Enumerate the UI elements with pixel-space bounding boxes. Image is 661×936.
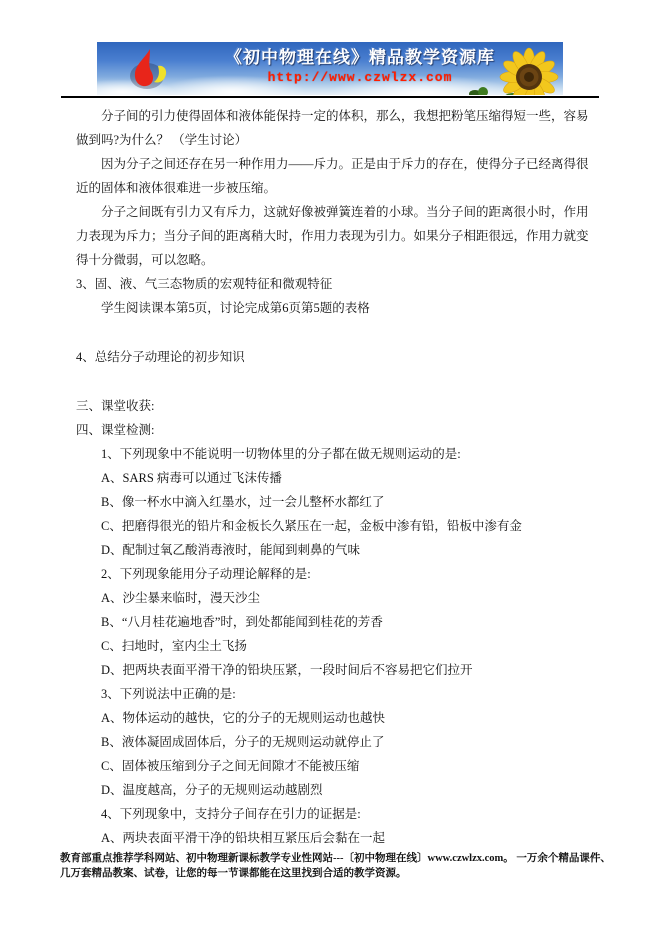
doc-line: 1、下列现象中不能说明一切物体里的分子都在做无规则运动的是: [76,442,591,466]
sunflower-icon [493,43,561,95]
doc-line: 因为分子之间还存在另一种作用力——斥力。正是由于斥力的存在，使得分子已经离得很近… [76,152,591,200]
doc-line: 分子之间既有引力又有斥力，这就好像被弹簧连着的小球。当分子间的距离很小时，作用力… [76,200,591,272]
banner-title: 《初中物理在线》精品教学资源库 [183,47,537,68]
doc-line: D、配制过氧乙酸消毒液时，能闻到刺鼻的气味 [76,538,591,562]
doc-line: A、沙尘暴来临时，漫天沙尘 [76,586,591,610]
doc-line: 3、固、液、气三态物质的宏观特征和微观特征 [76,272,591,296]
blank-line [76,369,591,394]
doc-line: 4、下列现象中，支持分子间存在引力的证据是: [76,802,591,826]
doc-line: 四、课堂检测: [76,418,591,442]
site-banner: 《初中物理在线》精品教学资源库 http://www.czwlzx.com [97,42,563,95]
doc-line: 分子间的引力使得固体和液体能保持一定的体积，那么，我想把粉笔压缩得短一些，容易做… [76,104,591,152]
doc-line: A、物体运动的越快，它的分子的无规则运动也越快 [76,706,591,730]
doc-line: A、SARS 病毒可以通过飞沫传播 [76,466,591,490]
banner-text: 《初中物理在线》精品教学资源库 http://www.czwlzx.com [183,47,537,86]
doc-line: D、把两块表面平滑干净的铅块压紧，一段时间后不容易把它们拉开 [76,658,591,682]
doc-line: C、把磨得很光的铅片和金板长久紧压在一起，金板中渗有铅，铅板中渗有金 [76,514,591,538]
doc-line: B、“八月桂花遍地香”时，到处都能闻到桂花的芳香 [76,610,591,634]
doc-line: B、像一杯水中滴入红墨水，过一会儿整杯水都红了 [76,490,591,514]
doc-line: 三、课堂收获: [76,394,591,418]
page-footer: 教育部重点推荐学科网站、初中物理新课标教学专业性网站---〔初中物理在线〕www… [60,851,611,881]
doc-line: 学生阅读课本第5页，讨论完成第6页第5题的表格 [76,296,591,320]
doc-line: A、两块表面平滑干净的铅块相互紧压后会黏在一起 [76,826,591,850]
doc-line: D、温度越高，分子的无规则运动越剧烈 [76,778,591,802]
doc-line: B、液体凝固成固体后，分子的无规则运动就停止了 [76,730,591,754]
doc-line: 3、下列说法中正确的是: [76,682,591,706]
leaves-icon [469,83,491,95]
doc-line: 4、总结分子动理论的初步知识 [76,345,591,369]
document-page: 《初中物理在线》精品教学资源库 http://www.czwlzx.com [0,0,661,936]
page-header: 《初中物理在线》精品教学资源库 http://www.czwlzx.com [61,42,599,98]
doc-line: C、固体被压缩到分子之间无间隙才不能被压缩 [76,754,591,778]
doc-line: C、扫地时，室内尘土飞扬 [76,634,591,658]
blank-line [76,320,591,345]
doc-line: 2、下列现象能用分子动理论解释的是: [76,562,591,586]
flame-logo-icon [123,46,169,92]
document-body: 分子间的引力使得固体和液体能保持一定的体积，那么，我想把粉笔压缩得短一些，容易做… [76,104,591,850]
